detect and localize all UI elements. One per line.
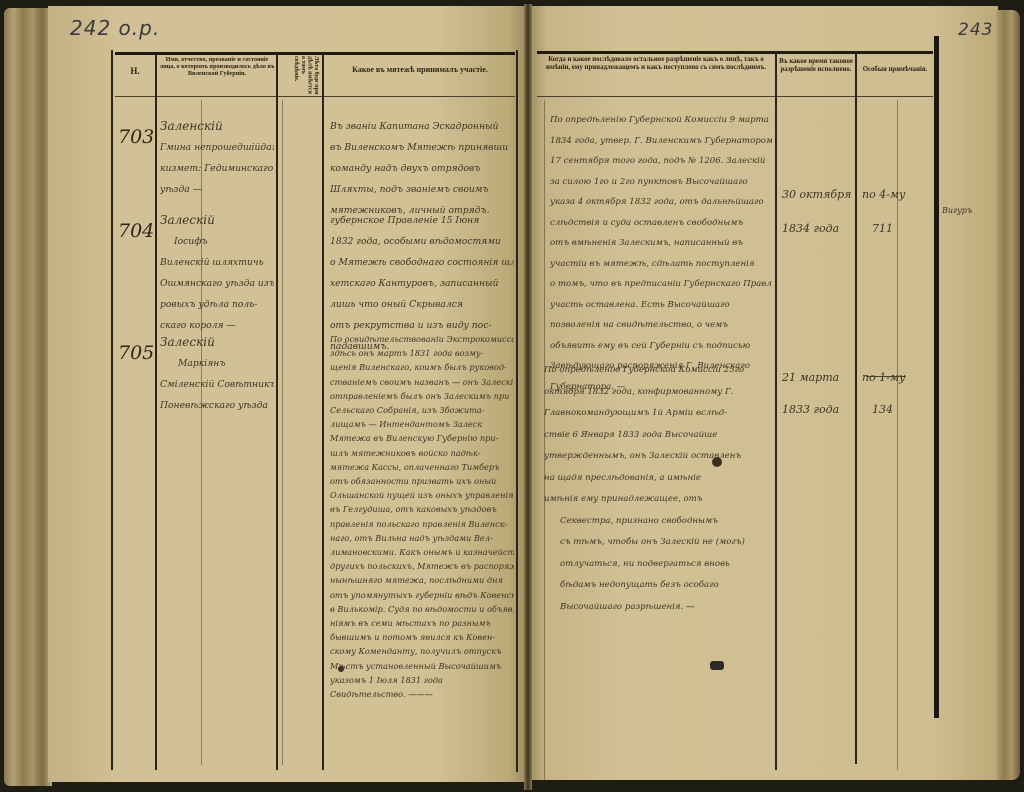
left-border-line (111, 50, 113, 770)
col-line-number (155, 55, 157, 770)
entry-name: Заленскій Гмина непрошедшійдая- кизмет: … (160, 116, 274, 200)
book-edge-left (4, 8, 52, 786)
header-participation: Какое въ мятежѣ принималъ участіе. (326, 65, 514, 74)
ref-underline (866, 376, 906, 377)
col-line-name (276, 55, 278, 770)
col-line-age (322, 55, 324, 770)
left-header-top-rule (115, 52, 515, 55)
book-edge-right (996, 10, 1020, 780)
execution-ref: по 4-му 711 (862, 178, 905, 246)
execution-date: 30 октября 1834 года (782, 178, 851, 246)
remark: Вигуръ (942, 206, 972, 215)
right-border-thick-line-lower (934, 470, 939, 718)
ink-blot (338, 666, 344, 672)
header-name: Имя, отчество, прозваніе и состояніе лиц… (158, 56, 276, 77)
right-border-thick-line (934, 36, 939, 472)
entry-resolution: По опредѣленію Губернской Комиссіи 9 мар… (550, 110, 772, 397)
right-header-bottom-rule (537, 96, 933, 97)
header-execution-time: Въ какое время таковое разрѣшеніе исполн… (777, 58, 855, 74)
col-line-execution (855, 52, 857, 764)
entry-participation: По освидѣтельствованіи Экстрокомиссару з… (330, 332, 514, 701)
right-border-line-left-page (516, 50, 518, 772)
execution-ref: по 1-му 134 (862, 362, 905, 426)
left-page-number: 242 о.р. (70, 16, 160, 40)
execution-date: 21 марта 1833 года (782, 362, 839, 426)
header-remarks: Особыя примѣчанія. (857, 66, 933, 74)
header-age: Лѣта буде при дѣлѣ имѣется о томъ свѣдѣн… (281, 56, 319, 98)
entry-number: 703 (118, 126, 154, 148)
entry-number: 704 (118, 220, 154, 242)
ink-blot (712, 457, 722, 467)
col-guide-age (282, 100, 283, 765)
entry-name: Залескій Іосифъ Виленскій шляхтичь Ошмян… (160, 210, 274, 336)
right-page-number: 243 (958, 20, 993, 40)
entry-resolution: По опредѣленію Губернской Комиссіи 25го … (544, 360, 772, 618)
header-resolution: Когда и какое послѣдовало остальное разр… (537, 56, 775, 72)
book-gutter (524, 4, 532, 790)
col-line-resolution (775, 52, 777, 770)
ledger-spread: 242 о.р. 243 Н. Имя, отчество, прозваніе… (0, 0, 1024, 792)
entry-number: 705 (118, 342, 154, 364)
entry-participation: Въ званіи Капитана Эскадронный въ Виленс… (330, 116, 514, 221)
paper-damage (710, 661, 724, 670)
entry-name: Залескій Маркіянъ Сміленскій Совѣтникъ П… (160, 332, 274, 416)
right-header-top-rule (537, 51, 933, 54)
header-number: Н. (118, 66, 152, 76)
